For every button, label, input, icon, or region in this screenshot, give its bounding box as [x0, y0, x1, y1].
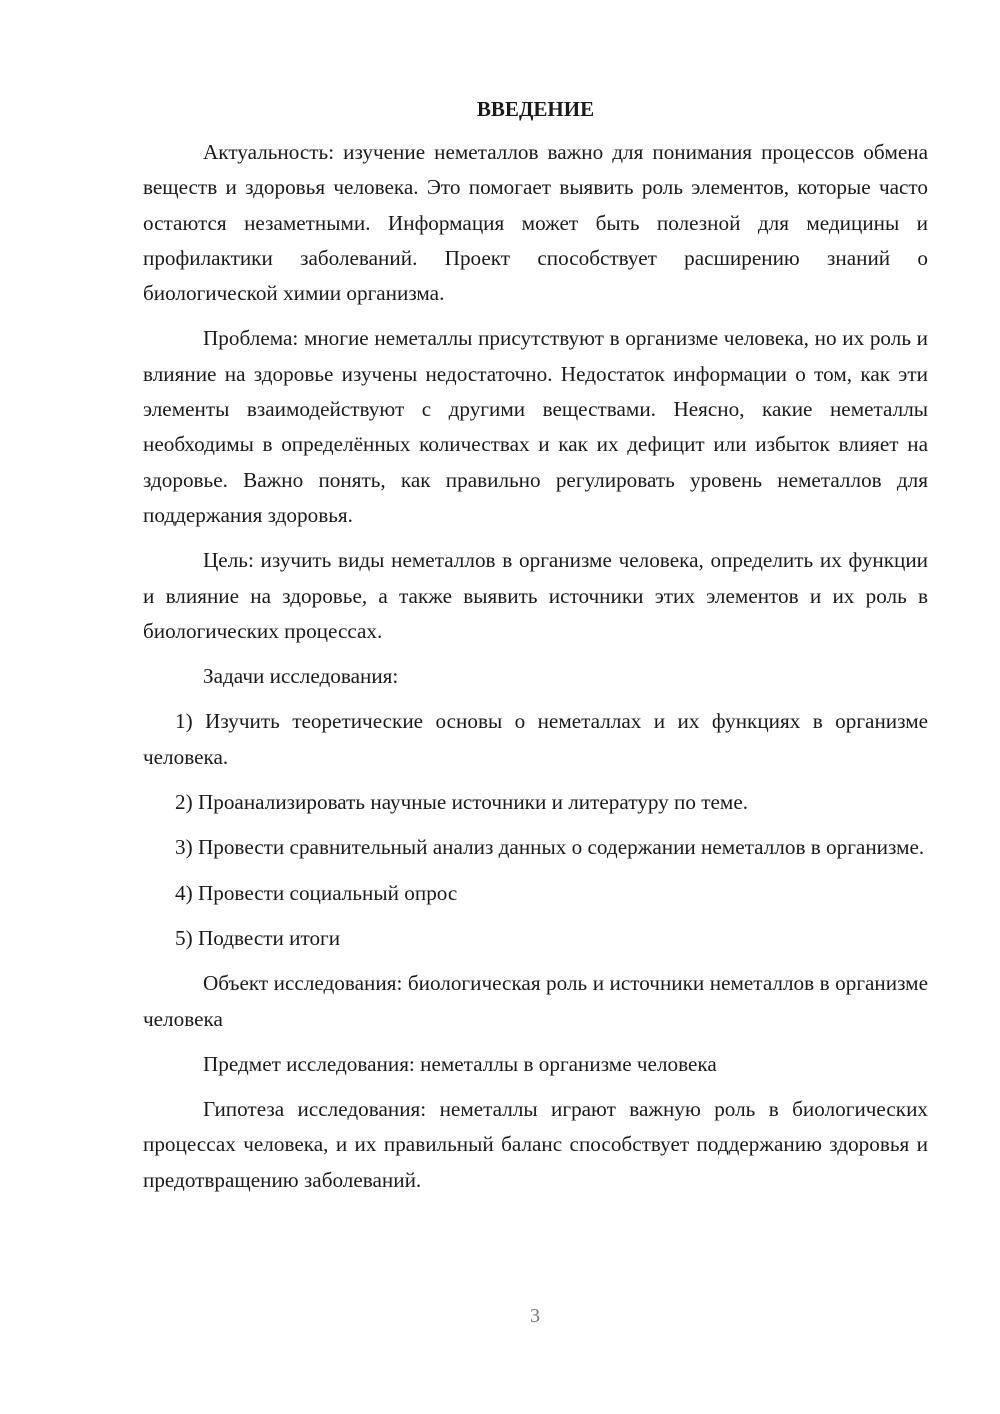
tasks-list: 1) Изучить теоретические основы о немета… — [143, 704, 928, 956]
paragraph-hypothesis: Гипотеза исследования: неметаллы играют … — [143, 1092, 928, 1198]
section-title: ВВЕДЕНИЕ — [143, 92, 928, 127]
paragraph-subject: Предмет исследования: неметаллы в органи… — [143, 1047, 928, 1082]
task-item-5: 5) Подвести итоги — [143, 921, 928, 956]
task-item-3: 3) Провести сравнительный анализ данных … — [143, 830, 928, 865]
paragraph-object: Объект исследования: биологическая роль … — [143, 966, 928, 1037]
task-item-4: 4) Провести социальный опрос — [143, 876, 928, 911]
task-item-2: 2) Проанализировать научные источники и … — [143, 785, 928, 820]
tasks-heading: Задачи исследования: — [143, 659, 928, 694]
paragraph-goal: Цель: изучить виды неметаллов в организм… — [143, 543, 928, 649]
paragraph-problem: Проблема: многие неметаллы присутствуют … — [143, 321, 928, 533]
document-page: ВВЕДЕНИЕ Актуальность: изучение неметалл… — [143, 92, 928, 1208]
paragraph-relevance: Актуальность: изучение неметаллов важно … — [143, 135, 928, 311]
task-item-1: 1) Изучить теоретические основы о немета… — [143, 704, 928, 775]
page-number: 3 — [0, 1305, 1000, 1328]
